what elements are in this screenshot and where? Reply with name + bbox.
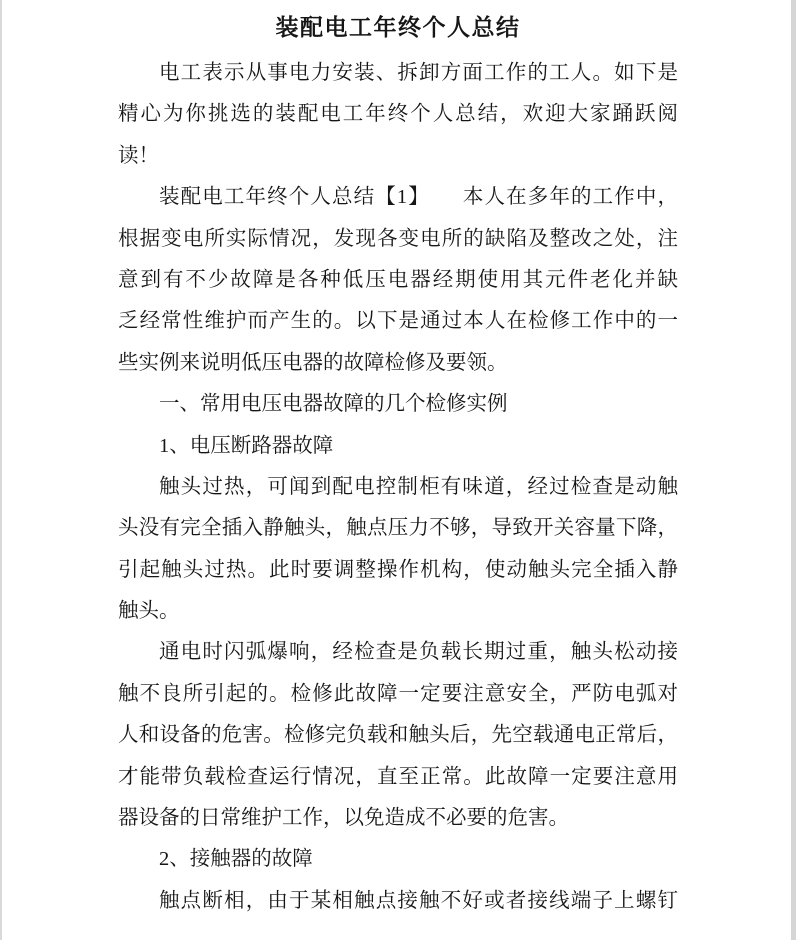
text-line: 头没有完全插入静触头，触点压力不够，导致开关容量下降， bbox=[118, 508, 678, 549]
text-line: 触点断相，由于某相触点接触不好或者接线端子上螺钉 bbox=[118, 881, 678, 922]
text-line: 才能带负载检查运行情况，直至正常。此故障一定要注意用 bbox=[118, 757, 678, 798]
paragraph: 触点断相，由于某相触点接触不好或者接线端子上螺钉 bbox=[118, 881, 678, 922]
paragraph: 电工表示从事电力安装、拆卸方面工作的工人。如下是 精心为你挑选的装配电工年终个人… bbox=[118, 53, 678, 177]
page-title: 装配电工年终个人总结 bbox=[118, 12, 678, 43]
paragraph: 通电时闪弧爆响，经检查是负载长期过重，触头松动接 触不良所引起的。检修此故障一定… bbox=[118, 632, 678, 839]
section-heading: 一、常用电压电器故障的几个检修实例 bbox=[118, 384, 678, 425]
text-line: 通电时闪弧爆响，经检查是负载长期过重，触头松动接 bbox=[118, 632, 678, 673]
paragraph: 触头过热，可闻到配电控制柜有味道，经过检查是动触 头没有完全插入静触头，触点压力… bbox=[118, 467, 678, 633]
text-line: 器设备的日常维护工作，以免造成不必要的危害。 bbox=[118, 798, 678, 839]
text-line: 人和设备的危害。检修完负载和触头后，先空载通电正常后， bbox=[118, 715, 678, 756]
text-line: 引起触头过热。此时要调整操作机构，使动触头完全插入静 bbox=[118, 550, 678, 591]
sub-heading: 1、电压断路器故障 bbox=[118, 426, 678, 467]
text-line: 触头过热，可闻到配电控制柜有味道，经过检查是动触 bbox=[118, 467, 678, 508]
text-line: 装配电工年终个人总结【1】 本人在多年的工作中， bbox=[118, 177, 678, 218]
text-line: 乏经常性维护而产生的。以下是通过本人在检修工作中的一 bbox=[118, 301, 678, 342]
text-line: 1、电压断路器故障 bbox=[118, 426, 678, 467]
document-page: 装配电工年终个人总结 电工表示从事电力安装、拆卸方面工作的工人。如下是 精心为你… bbox=[0, 0, 796, 940]
text-line: 读！ bbox=[118, 136, 678, 177]
page-left-edge bbox=[0, 0, 2, 940]
text-line: 些实例来说明低压电器的故障检修及要领。 bbox=[118, 343, 678, 384]
paragraph: 装配电工年终个人总结【1】 本人在多年的工作中， 根据变电所实际情况，发现各变电… bbox=[118, 177, 678, 384]
sub-heading: 2、接触器的故障 bbox=[118, 839, 678, 880]
page-content: 装配电工年终个人总结 电工表示从事电力安装、拆卸方面工作的工人。如下是 精心为你… bbox=[118, 0, 678, 922]
text-line: 意到有不少故障是各种低压电器经期使用其元件老化并缺 bbox=[118, 260, 678, 301]
text-line: 精心为你挑选的装配电工年终个人总结，欢迎大家踊跃阅 bbox=[118, 94, 678, 135]
text-line: 2、接触器的故障 bbox=[118, 839, 678, 880]
page-right-edge bbox=[791, 0, 796, 940]
text-line: 根据变电所实际情况，发现各变电所的缺陷及整改之处，注 bbox=[118, 219, 678, 260]
text-line: 触头。 bbox=[118, 591, 678, 632]
text-line: 电工表示从事电力安装、拆卸方面工作的工人。如下是 bbox=[118, 53, 678, 94]
text-line: 触不良所引起的。检修此故障一定要注意安全，严防电弧对 bbox=[118, 674, 678, 715]
document-body: 电工表示从事电力安装、拆卸方面工作的工人。如下是 精心为你挑选的装配电工年终个人… bbox=[118, 53, 678, 922]
text-line: 一、常用电压电器故障的几个检修实例 bbox=[118, 384, 678, 425]
